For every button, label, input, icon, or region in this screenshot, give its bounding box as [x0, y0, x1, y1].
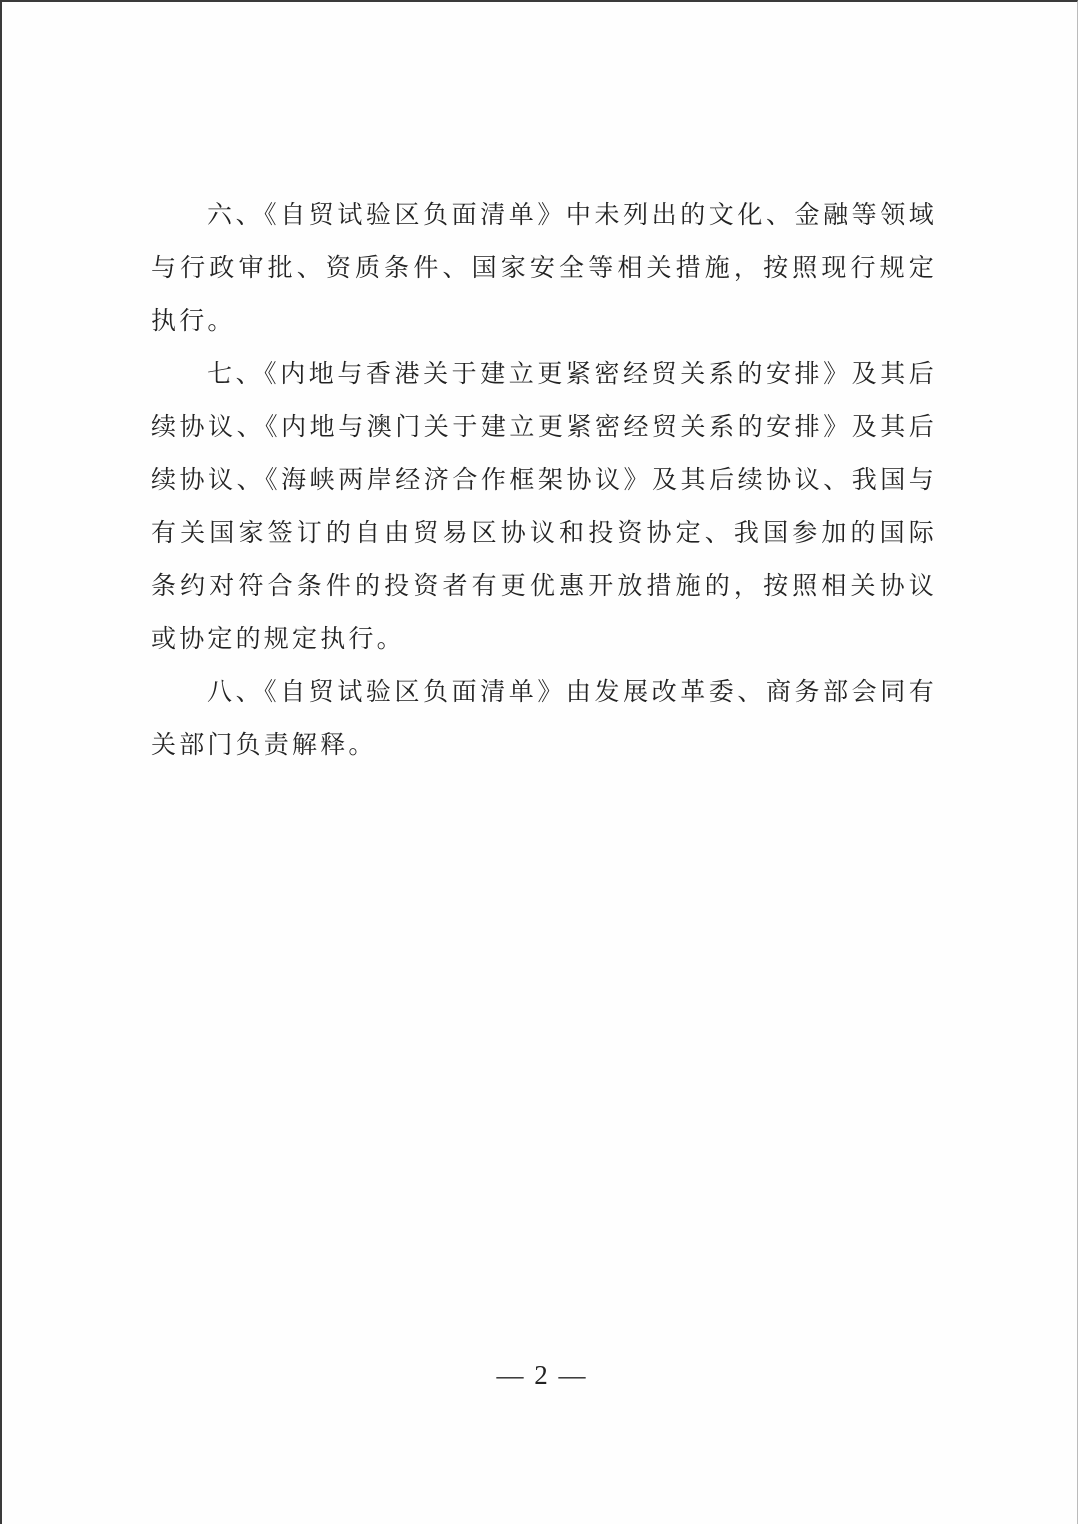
paragraph-six: 六、《自贸试验区负面清单》中未列出的文化、金融等领域与行政审批、资质条件、国家安… [151, 188, 937, 347]
page-number: — 2 — [2, 1360, 1080, 1391]
paragraph-eight: 八、《自贸试验区负面清单》由发展改革委、商务部会同有关部门负责解释。 [151, 665, 937, 771]
document-body: 六、《自贸试验区负面清单》中未列出的文化、金融等领域与行政审批、资质条件、国家安… [151, 188, 937, 771]
document-page: 六、《自贸试验区负面清单》中未列出的文化、金融等领域与行政审批、资质条件、国家安… [0, 0, 1078, 1524]
paragraph-seven: 七、《内地与香港关于建立更紧密经贸关系的安排》及其后续协议、《内地与澳门关于建立… [151, 347, 937, 665]
